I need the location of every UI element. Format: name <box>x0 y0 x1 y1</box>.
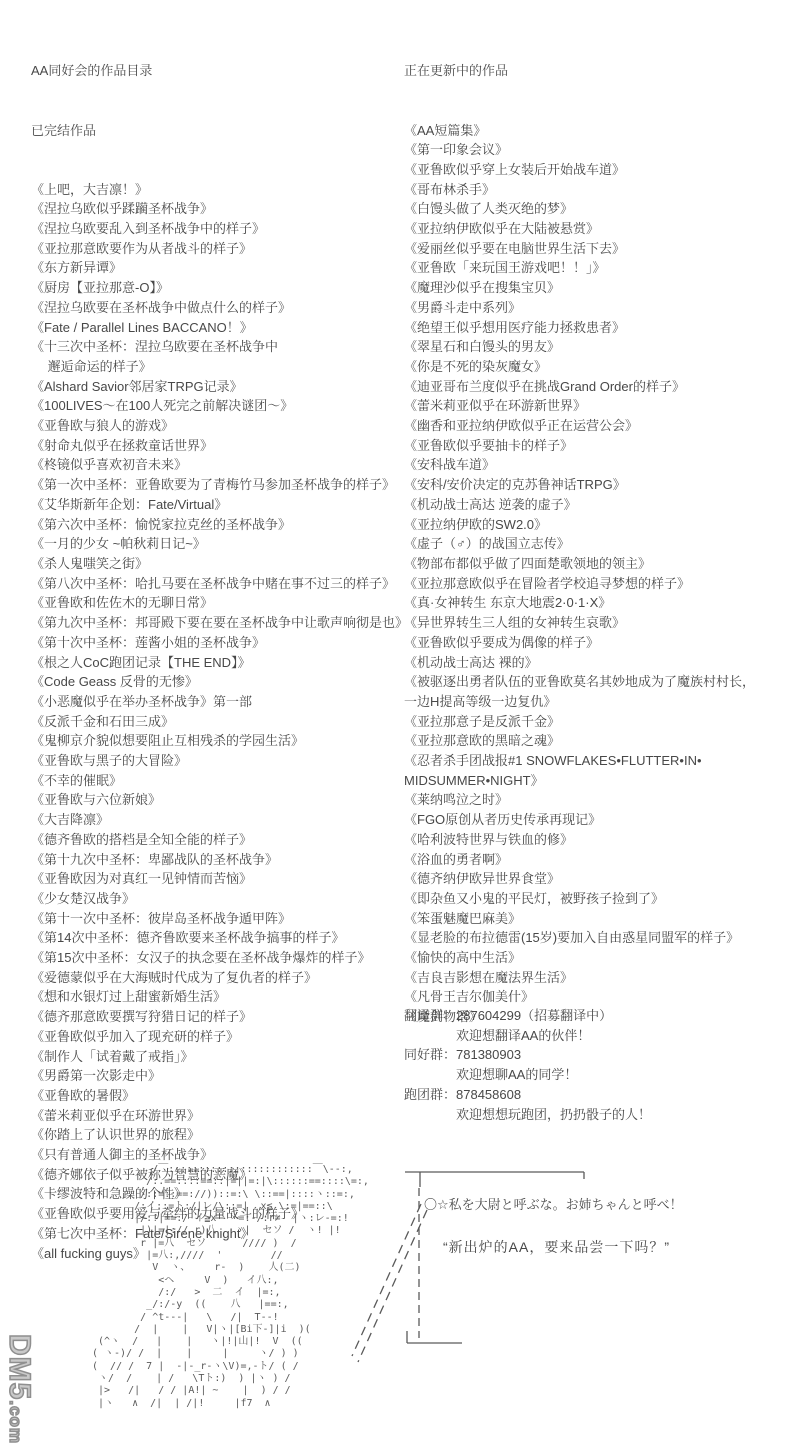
updating-work-title: 《机动战士高达 裸的》 <box>404 653 796 673</box>
completed-work-title: 《蕾米莉亚似乎在环游世界》 <box>31 1106 403 1126</box>
updating-work-title: 《哥布林杀手》 <box>404 180 796 200</box>
completed-work-title: 《根之人CoC跑团记录【THE END】》 <box>31 653 403 673</box>
dm5-watermark: DM5.com <box>2 1334 36 1448</box>
completed-work-title: 《厨房【亚拉那意-O】》 <box>31 278 403 298</box>
updating-work-title: 《安科战车道》 <box>404 455 796 475</box>
completed-work-title: 《涅拉乌欧要在圣杯战争中做点什么的样子》 <box>31 298 403 318</box>
completed-work-title: 邂逅命运的样子》 <box>31 357 403 377</box>
catalog-title: AA同好会的作品目录 <box>31 61 403 81</box>
completed-work-title: 《小恶魔似乎在举办圣杯战争》第一部 <box>31 692 403 712</box>
group-info-line: 欢迎想翻译AA的伙伴！ <box>404 1026 651 1046</box>
updating-work-title: 《迪亚哥布兰度似乎在挑战Grand Order的样子》 <box>404 377 796 397</box>
updating-work-title: 《愉快的高中生活》 <box>404 948 796 968</box>
completed-works-column: AA同好会的作品目录 已完结作品 《上吧，大吉凛！》《涅拉乌欧似乎蹂躏圣杯战争》… <box>31 22 403 1303</box>
group-info-line: 同好群：781380903 <box>404 1045 651 1065</box>
completed-work-title: 《第九次中圣杯：邦哥殿下要在要在圣杯战争中让歌声响彻是也》 <box>31 613 403 633</box>
completed-work-title: 《想和水银灯过上甜蜜新婚生活》 <box>31 987 403 1007</box>
completed-work-title: 《大吉降凛》 <box>31 810 403 830</box>
completed-work-title: 《射命丸似乎在拯救童话世界》 <box>31 436 403 456</box>
completed-work-title: 《第一次中圣杯：亚鲁欧要为了青梅竹马参加圣杯战争的样子》 <box>31 475 403 495</box>
completed-work-title: 《第十九次中圣杯：卑鄙战队的圣杯战争》 <box>31 850 403 870</box>
updating-work-title: 《爱丽丝似乎要在电脑世界生活下去》 <box>404 239 796 259</box>
completed-work-title: 《一月的少女 ~帕秋莉日记~》 <box>31 534 403 554</box>
updating-work-title: 《被驱逐出勇者队伍的亚鲁欧莫名其妙地成为了魔族村村长， <box>404 672 796 692</box>
updating-work-title: 《男爵斗走中系列》 <box>404 298 796 318</box>
updating-work-title: 《莱纳鸣泣之时》 <box>404 790 796 810</box>
completed-work-title: 《反派千金和石田三成》 <box>31 712 403 732</box>
updating-work-title: 《第一印象会议》 <box>404 140 796 160</box>
completed-work-title: 《第十次中圣杯：莲酱小姐的圣杯战争》 <box>31 633 403 653</box>
completed-work-title: 《100LIVES～在100人死完之前解决谜团～》 <box>31 396 403 416</box>
updating-work-title: 《德齐纳伊欧异世界食堂》 <box>404 869 796 889</box>
updating-works-list: 《AA短篇集》《第一印象会议》《亚鲁欧似乎穿上女装后开始战车道》《哥布林杀手》《… <box>404 121 796 1027</box>
group-info-line: 欢迎想聊AA的同学！ <box>404 1065 651 1085</box>
updating-work-title: 《显老脸的布拉德雷(15岁)要加入自由惑星同盟军的样子》 <box>404 928 796 948</box>
updating-work-title: 《哈利波特世界与铁血的修》 <box>404 830 796 850</box>
completed-work-title: 《亚鲁欧与黑子的大冒险》 <box>31 751 403 771</box>
completed-work-title: 《不幸的催眠》 <box>31 771 403 791</box>
qq-groups-info: 翻译群：287604299（招募翻译中） 欢迎想翻译AA的伙伴！同好群：7813… <box>404 1006 651 1124</box>
updating-section-label: 正在更新中的作品 <box>404 61 796 81</box>
updating-work-title: 《亚拉那意欧的黑暗之魂》 <box>404 731 796 751</box>
updating-work-title: 《魔理沙似乎在搜集宝贝》 <box>404 278 796 298</box>
completed-work-title: 《Code Geass 反骨的无惨》 <box>31 672 403 692</box>
updating-work-title: 一边H提高等级一边复仇》 <box>404 692 796 712</box>
updating-works-column: 正在更新中的作品 《AA短篇集》《第一印象会议》《亚鲁欧似乎穿上女装后开始战车道… <box>404 22 796 1066</box>
updating-work-title: 《即杂鱼又小鬼的平民灯，被野孩子捡到了》 <box>404 889 796 909</box>
completed-section-label: 已完结作品 <box>31 121 403 141</box>
completed-work-title: 《亚鲁欧似乎加入了现充研的样子》 <box>31 1027 403 1047</box>
completed-work-title: 《德齐那意欧要撰写狩猎日记的样子》 <box>31 1007 403 1027</box>
updating-work-title: 《翠星石和白馒头的男友》 <box>404 337 796 357</box>
updating-work-title: 《物部布都似乎做了四面楚歌领地的领主》 <box>404 554 796 574</box>
updating-work-title: 《真·女神转生 东京大地震2·0·1·X》 <box>404 593 796 613</box>
completed-work-title: 《第十一次中圣杯：彼岸岛圣杯战争遁甲阵》 <box>31 909 403 929</box>
updating-work-title: 《浴血的勇者啊》 <box>404 850 796 870</box>
updating-work-title: 《凡骨王吉尔伽美什》 <box>404 987 796 1007</box>
updating-work-title: 《亚拉那意欧似乎在冒险者学校追寻梦想的样子》 <box>404 574 796 594</box>
updating-work-title: MIDSUMMER•NIGHT》 <box>404 771 796 791</box>
completed-work-title: 《德齐鲁欧的搭档是全知全能的样子》 <box>31 830 403 850</box>
updating-work-title: 《亚鲁欧「来玩国王游戏吧！！」》 <box>404 258 796 278</box>
dialogue-quote: “新出炉的AA，要来品尝一下吗？” <box>443 1237 670 1257</box>
ascii-art-character: /￣::::::::::::::::::::::::￣\--:, /:.==::… <box>92 1164 369 1410</box>
updating-work-title: 《虚子（♂）的战国立志传》 <box>404 534 796 554</box>
completed-work-title: 《第八次中圣杯：哈扎马要在圣杯战争中赌在事不过三的样子》 <box>31 574 403 594</box>
updating-work-title: 《白馒头做了人类灭绝的梦》 <box>404 199 796 219</box>
completed-work-title: 《只有普通人御主的圣杯战争》 <box>31 1145 403 1165</box>
completed-work-title: 《第15次中圣杯：女汉子的执念要在圣杯战争爆炸的样子》 <box>31 948 403 968</box>
completed-work-title: 《东方新异谭》 <box>31 258 403 278</box>
completed-work-title: 《Alshard Savior邻居家TRPG记录》 <box>31 377 403 397</box>
completed-work-title: 《涅拉乌欧要乱入到圣杯战争中的样子》 <box>31 219 403 239</box>
completed-work-title: 《亚鲁欧的暑假》 <box>31 1086 403 1106</box>
updating-work-title: 《亚拉纳伊欧的SW2.0》 <box>404 515 796 535</box>
updating-work-title: 《你是不死的染灰魔女》 <box>404 357 796 377</box>
completed-work-title: 《你踏上了认识世界的旅程》 <box>31 1125 403 1145</box>
updating-work-title: 《机动战士高达 逆袭的虚子》 <box>404 495 796 515</box>
completed-work-title: 《亚鲁欧与狼人的游戏》 <box>31 416 403 436</box>
completed-work-title: 《亚鲁欧因为对真红一见钟情而苦恼》 <box>31 869 403 889</box>
group-info-line: 欢迎想想玩跑团，扔扔骰子的人！ <box>404 1105 651 1125</box>
completed-work-title: 《少女楚汉战争》 <box>31 889 403 909</box>
dm5-watermark-ext: .com <box>6 1400 25 1444</box>
completed-work-title: 《亚鲁欧与六位新娘》 <box>31 790 403 810</box>
updating-work-title: 《亚拉那意子是反派千金》 <box>404 712 796 732</box>
completed-work-title: 《杀人鬼嗤笑之街》 <box>31 554 403 574</box>
updating-work-title: 《笨蛋魅魔巴麻美》 <box>404 909 796 929</box>
completed-work-title: 《上吧，大吉凛！》 <box>31 180 403 200</box>
completed-work-title: 《男爵第一次影走中》 <box>31 1066 403 1086</box>
updating-work-title: 《亚鲁欧似乎穿上女装后开始战车道》 <box>404 160 796 180</box>
updating-work-title: 《吉良吉影想在魔法界生活》 <box>404 968 796 988</box>
updating-work-title: 《绝望王似乎想用医疗能力拯救患者》 <box>404 318 796 338</box>
group-info-line: 翻译群：287604299（招募翻译中） <box>404 1006 651 1026</box>
completed-work-title: 《鬼柳京介貌似想要阻止互相残杀的学园生活》 <box>31 731 403 751</box>
completed-work-title: 《爱德蒙似乎在大海贼时代成为了复仇者的样子》 <box>31 968 403 988</box>
group-info-line: 跑团群：878458608 <box>404 1085 651 1105</box>
updating-work-title: 《亚拉纳伊欧似乎在大陆被悬赏》 <box>404 219 796 239</box>
completed-work-title: 《十三次中圣杯：涅拉乌欧要在圣杯战争中 <box>31 337 403 357</box>
completed-work-title: 《第14次中圣杯：德齐鲁欧要来圣杯战争搞事的样子》 <box>31 928 403 948</box>
completed-work-title: 《涅拉乌欧似乎蹂躏圣杯战争》 <box>31 199 403 219</box>
updating-work-title: 《蕾米莉亚似乎在环游新世界》 <box>404 396 796 416</box>
updating-work-title: 《亚鲁欧似乎要抽卡的样子》 <box>404 436 796 456</box>
updating-work-title: 《异世界转生三人组的女神转生哀歌》 <box>404 613 796 633</box>
completed-work-title: 《柊镜似乎喜欢初音未来》 <box>31 455 403 475</box>
completed-work-title: 《制作人「试着戴了戒指」》 <box>31 1047 403 1067</box>
updating-work-title: 《幽香和亚拉纳伊欧似乎正在运营公会》 <box>404 416 796 436</box>
updating-work-title: 《亚鲁欧似乎要成为偶像的样子》 <box>404 633 796 653</box>
updating-work-title: 《AA短篇集》 <box>404 121 796 141</box>
dm5-watermark-main: DM5 <box>3 1334 36 1400</box>
updating-work-title: 《安科/安价决定的克苏鲁神话TRPG》 <box>404 475 796 495</box>
completed-works-list: 《上吧，大吉凛！》《涅拉乌欧似乎蹂躏圣杯战争》《涅拉乌欧要乱入到圣杯战争中的样子… <box>31 180 403 1264</box>
completed-work-title: 《艾华斯新年企划：Fate/Virtual》 <box>31 495 403 515</box>
completed-work-title: 《亚拉那意欧要作为从者战斗的样子》 <box>31 239 403 259</box>
completed-work-title: 《亚鲁欧和佐佐木的无聊日常》 <box>31 593 403 613</box>
updating-work-title: 《FGO原创从者历史传承再现记》 <box>404 810 796 830</box>
page: AA同好会的作品目录 已完结作品 《上吧，大吉凛！》《涅拉乌欧似乎蹂躏圣杯战争》… <box>0 0 800 1448</box>
completed-work-title: 《Fate / Parallel Lines BACCANO！》 <box>31 318 403 338</box>
sign-japanese-text: 〇☆私を大尉と呼ぶな。お姉ちゃんと呼べ！ <box>424 1194 683 1213</box>
completed-work-title: 《第六次中圣杯：愉悦家拉克丝的圣杯战争》 <box>31 515 403 535</box>
updating-work-title: 《忍者杀手团战报#1 SNOWFLAKES•FLUTTER•IN• <box>404 751 796 771</box>
